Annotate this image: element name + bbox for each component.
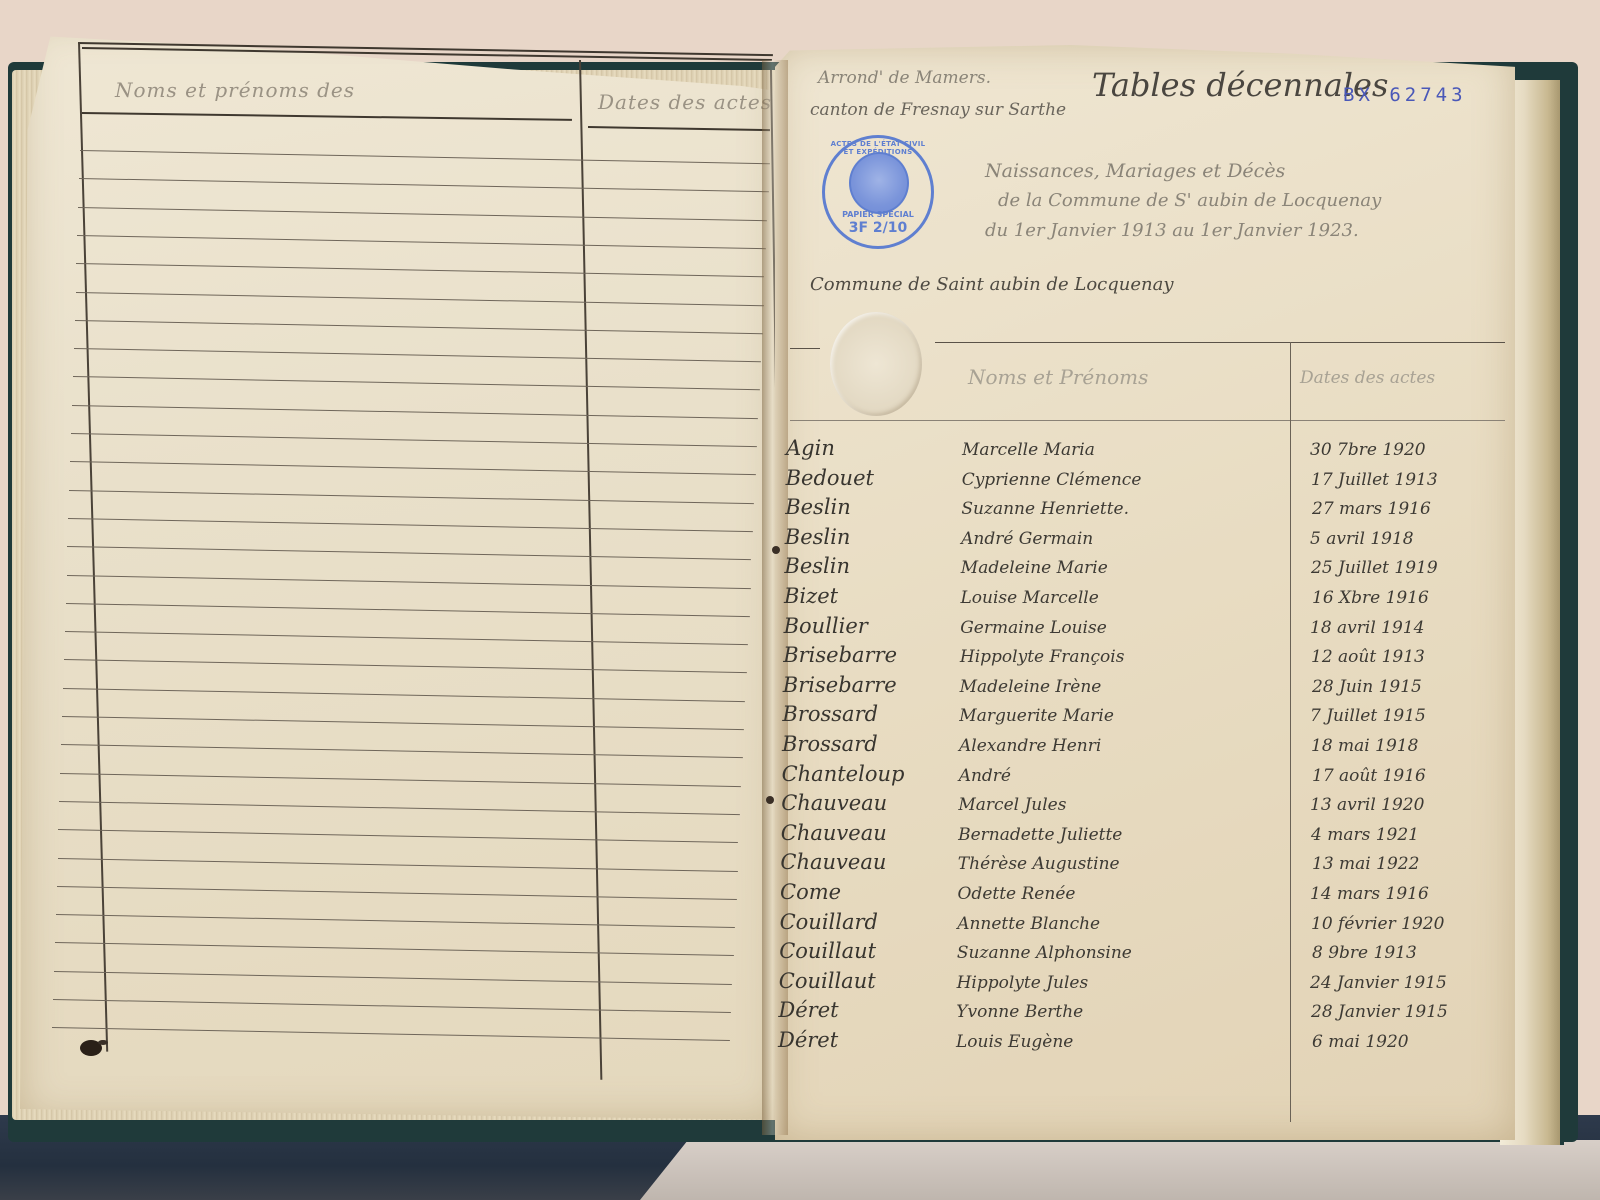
entry-surname: Brossard bbox=[782, 702, 878, 726]
entry-given-names: Marcelle Maria bbox=[962, 440, 1095, 460]
entry-date: 17 Juillet 1913 bbox=[1311, 470, 1438, 490]
entry-surname: Agin bbox=[786, 436, 835, 460]
marianne-portrait-icon bbox=[849, 152, 909, 214]
entry-date: 13 avril 1920 bbox=[1310, 795, 1424, 815]
subtitle-line-1: Naissances, Mariages et Décès bbox=[985, 160, 1285, 182]
entry-given-names: Louis Eugène bbox=[956, 1032, 1073, 1052]
entry-surname: Chauveau bbox=[781, 821, 887, 845]
entry-surname: Couillaut bbox=[779, 939, 876, 963]
column-divider bbox=[1290, 342, 1291, 1122]
binding-hole bbox=[772, 546, 780, 554]
entry-date: 24 Janvier 1915 bbox=[1310, 973, 1447, 993]
binding-hole bbox=[766, 796, 774, 804]
subtitle-line-3: du 1er Janvier 1913 au 1er Janvier 1923. bbox=[985, 220, 1359, 241]
entry-given-names: Hippolyte François bbox=[960, 647, 1125, 667]
entry-given-names: Yvonne Berthe bbox=[956, 1002, 1083, 1022]
canton-label: canton de Fresnay sur Sarthe bbox=[810, 100, 1066, 120]
entry-date: 30 7bre 1920 bbox=[1310, 440, 1426, 460]
entry-surname: Bizet bbox=[784, 584, 838, 608]
table-header-names: Noms et Prénoms bbox=[968, 365, 1148, 389]
entry-date: 10 février 1920 bbox=[1311, 914, 1444, 934]
entry-given-names: Germaine Louise bbox=[960, 618, 1107, 638]
entry-date: 28 Juin 1915 bbox=[1312, 677, 1422, 697]
entry-surname: Beslin bbox=[785, 495, 851, 519]
commune-label: Commune de Saint aubin de Locquenay bbox=[810, 274, 1174, 295]
entry-date: 7 Juillet 1915 bbox=[1310, 706, 1426, 726]
entry-surname: Chanteloup bbox=[782, 762, 905, 786]
table-header-dates: Dates des actes bbox=[1300, 368, 1435, 388]
arrondissement-label: Arrond' de Mamers. bbox=[818, 68, 991, 88]
table-rule bbox=[790, 348, 820, 349]
ink-blot bbox=[80, 1040, 102, 1056]
entry-date: 12 août 1913 bbox=[1311, 647, 1425, 667]
table-rule bbox=[935, 342, 1505, 343]
entry-surname: Brisebarre bbox=[783, 673, 897, 697]
entry-given-names: Suzanne Henriette. bbox=[961, 499, 1129, 519]
entry-given-names: Odette Renée bbox=[958, 884, 1076, 904]
entry-date: 6 mai 1920 bbox=[1312, 1032, 1409, 1052]
entry-date: 18 avril 1914 bbox=[1310, 618, 1424, 638]
entry-date: 13 mai 1922 bbox=[1312, 854, 1419, 874]
entry-date: 16 Xbre 1916 bbox=[1312, 588, 1429, 608]
entry-surname: Chauveau bbox=[781, 791, 887, 815]
embossed-seal bbox=[830, 312, 922, 416]
entry-date: 27 mars 1916 bbox=[1312, 499, 1431, 519]
entry-given-names: Annette Blanche bbox=[957, 914, 1100, 934]
entry-surname: Come bbox=[780, 880, 841, 904]
entry-surname: Déret bbox=[778, 998, 838, 1022]
serial-stamp: BX 62743 bbox=[1343, 84, 1467, 106]
entry-given-names: Thérèse Augustine bbox=[958, 854, 1120, 874]
entry-given-names: Cyprienne Clémence bbox=[962, 470, 1142, 490]
entry-date: 14 mars 1916 bbox=[1310, 884, 1429, 904]
entry-surname: Boullier bbox=[784, 614, 868, 638]
entry-given-names: André bbox=[959, 766, 1011, 786]
left-header-dates: Dates des actes bbox=[598, 90, 772, 114]
entry-given-names: Suzanne Alphonsine bbox=[957, 943, 1132, 963]
entry-date: 4 mars 1921 bbox=[1311, 825, 1419, 845]
entry-given-names: Madeleine Marie bbox=[961, 558, 1108, 578]
entry-date: 18 mai 1918 bbox=[1311, 736, 1418, 756]
background-surface bbox=[640, 1140, 1600, 1200]
entry-surname: Chauveau bbox=[780, 850, 886, 874]
entry-given-names: Bernadette Juliette bbox=[958, 825, 1122, 845]
entry-given-names: Madeleine Irène bbox=[960, 677, 1102, 697]
entry-surname: Couillard bbox=[780, 910, 878, 934]
entry-surname: Couillaut bbox=[779, 969, 876, 993]
stamp-price: 3F 2/10 bbox=[825, 220, 931, 236]
entry-given-names: Marguerite Marie bbox=[959, 706, 1114, 726]
entry-surname: Déret bbox=[778, 1028, 838, 1052]
entry-date: 5 avril 1918 bbox=[1310, 529, 1414, 549]
fiscal-stamp: ACTES DE L'ÉTAT CIVIL ET EXPÉDITIONS PAP… bbox=[822, 135, 934, 249]
entry-date: 8 9bre 1913 bbox=[1312, 943, 1417, 963]
table-rule bbox=[790, 420, 1505, 421]
entry-given-names: André Germain bbox=[961, 529, 1093, 549]
entry-surname: Bedouet bbox=[786, 466, 874, 490]
entry-surname: Beslin bbox=[785, 525, 851, 549]
entry-given-names: Louise Marcelle bbox=[961, 588, 1099, 608]
entry-date: 17 août 1916 bbox=[1312, 766, 1426, 786]
entry-surname: Brossard bbox=[782, 732, 878, 756]
entry-surname: Beslin bbox=[784, 554, 850, 578]
entry-date: 28 Janvier 1915 bbox=[1311, 1002, 1448, 1022]
left-header-names: Noms et prénoms des bbox=[115, 78, 355, 102]
stamp-paper-label: PAPIER SPÉCIAL bbox=[825, 210, 931, 219]
entry-surname: Brisebarre bbox=[783, 643, 897, 667]
entry-given-names: Marcel Jules bbox=[958, 795, 1066, 815]
entry-given-names: Hippolyte Jules bbox=[957, 973, 1089, 993]
subtitle-line-2: de la Commune de S' aubin de Locquenay bbox=[998, 190, 1381, 211]
entry-given-names: Alexandre Henri bbox=[959, 736, 1101, 756]
entry-date: 25 Juillet 1919 bbox=[1311, 558, 1438, 578]
